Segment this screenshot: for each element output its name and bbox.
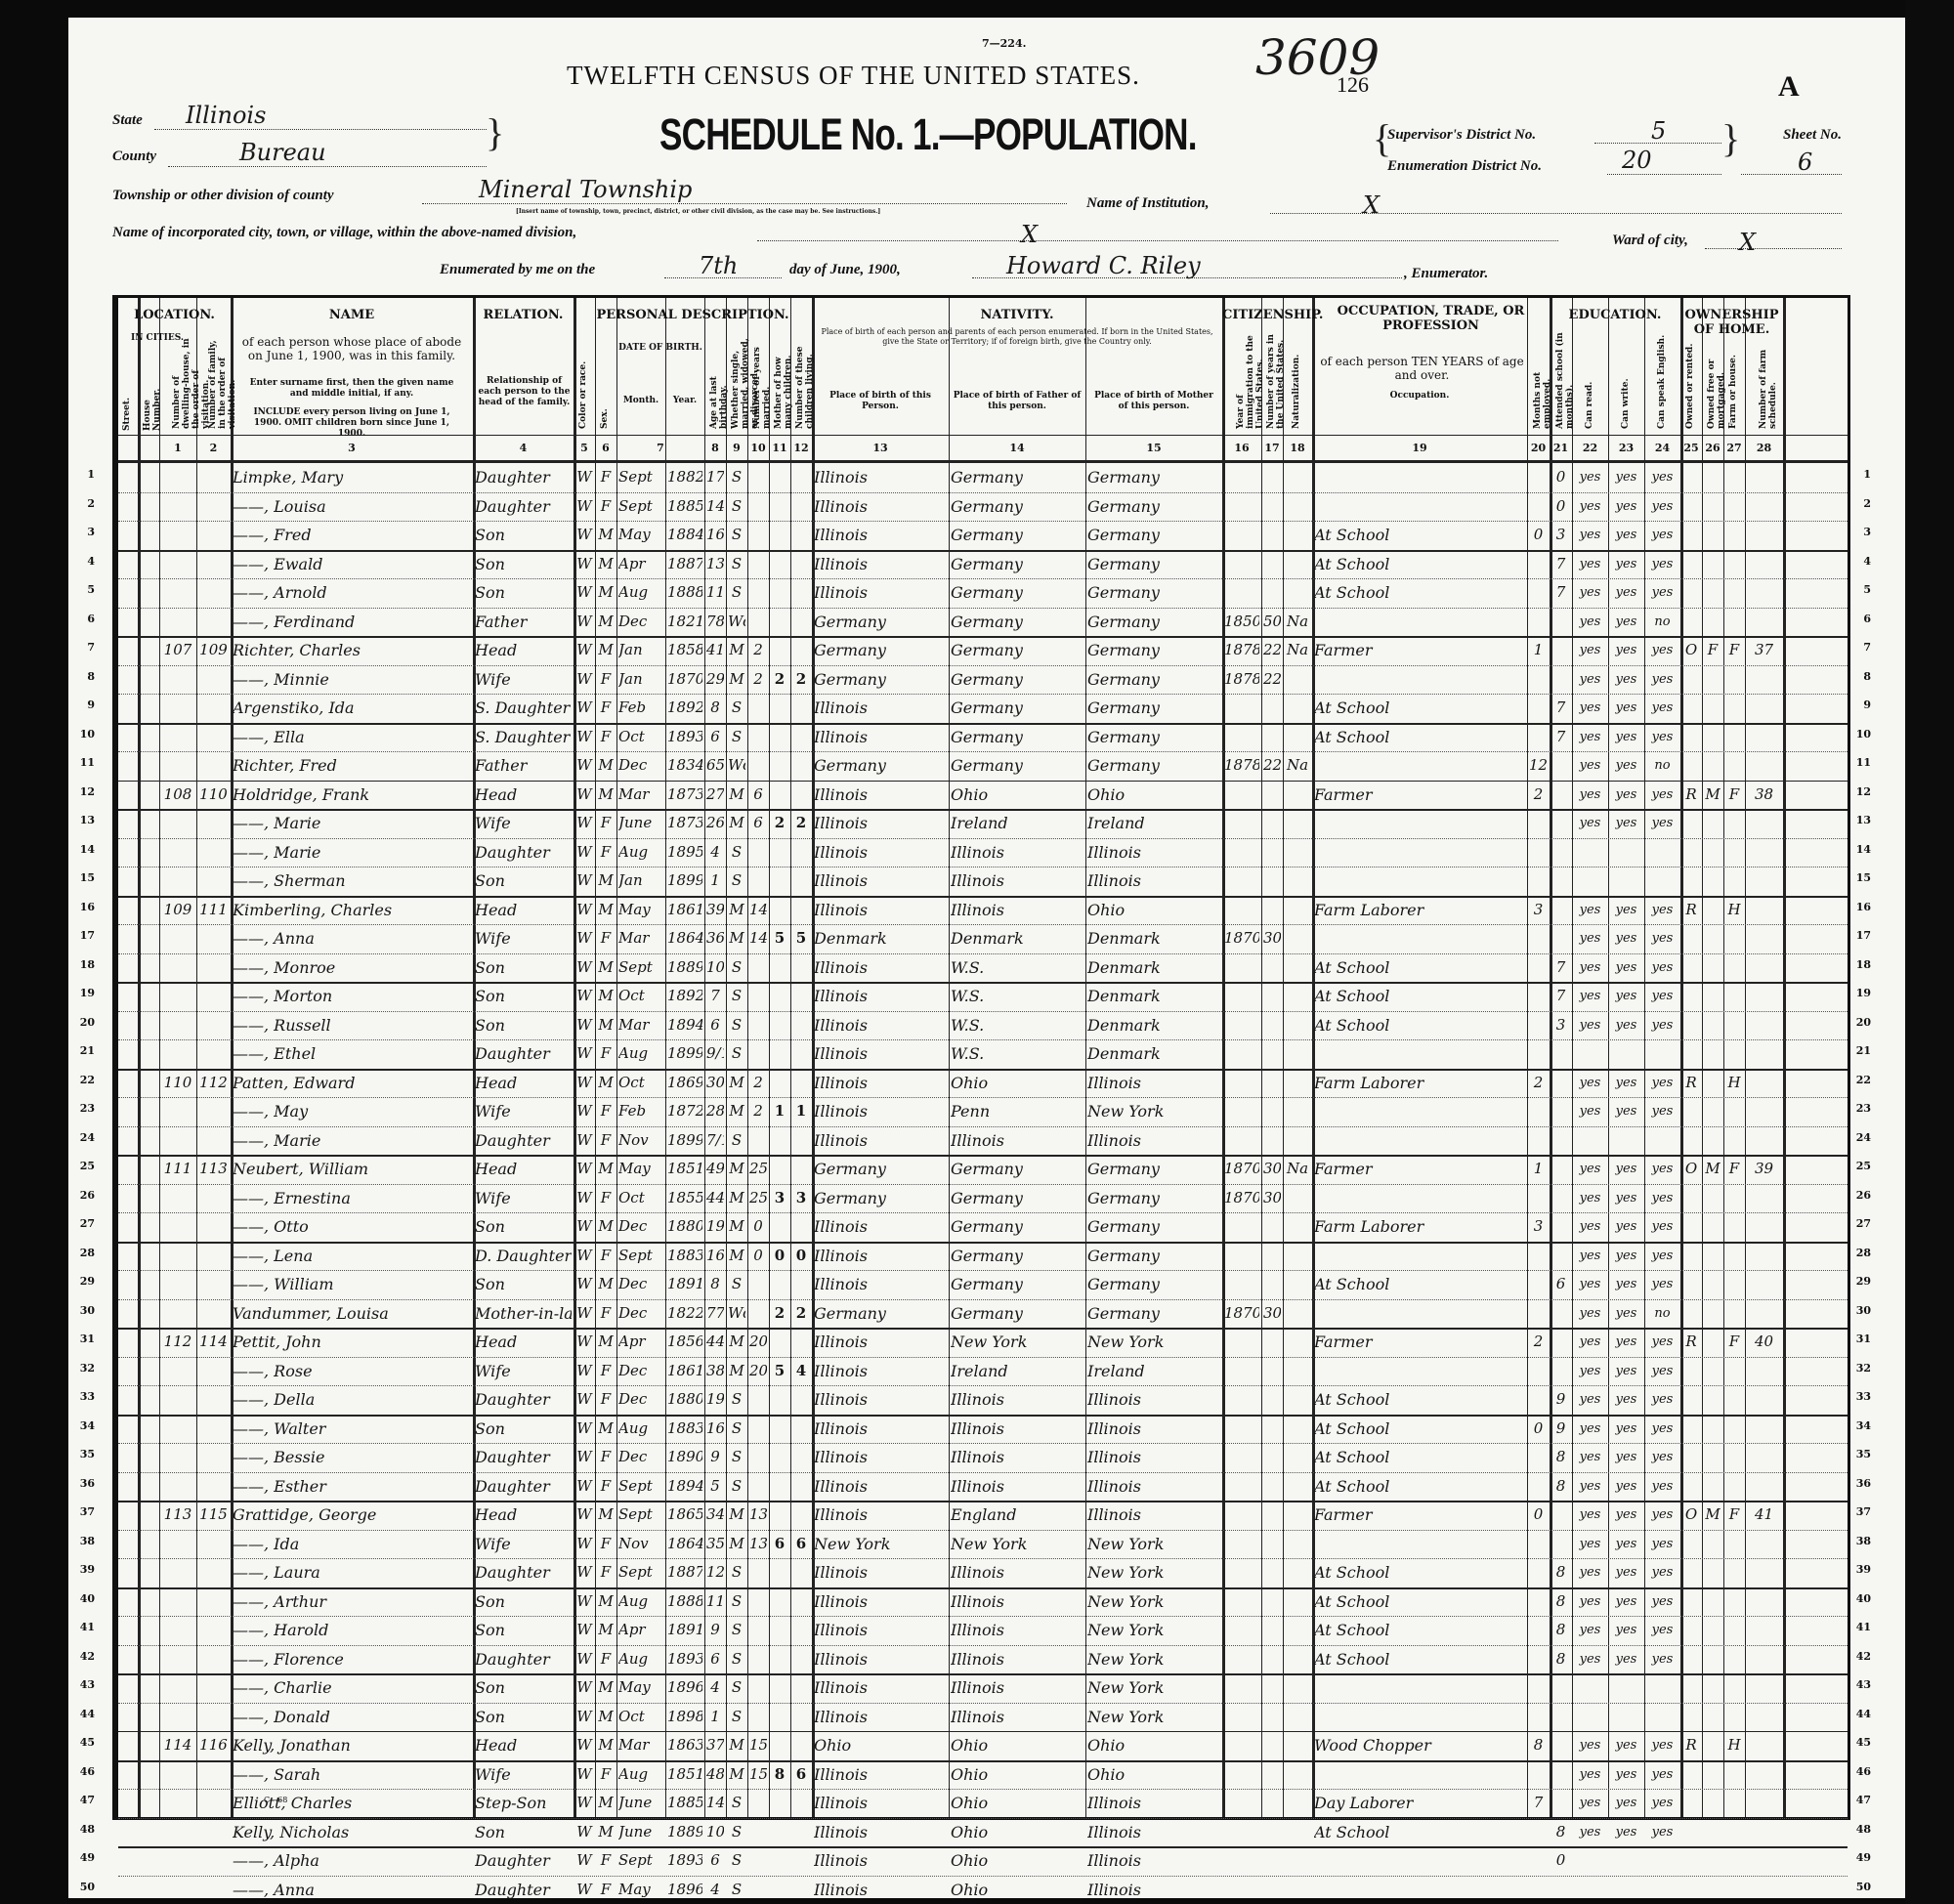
cell-mc (771, 1818, 788, 1846)
cell-rel: Son (475, 1415, 572, 1443)
cell-sex: M (597, 982, 615, 1010)
line-number-left: 16 (73, 901, 95, 913)
cell-dw (161, 608, 194, 636)
column-divider (726, 298, 727, 1817)
line-number-left: 9 (73, 698, 95, 711)
cell-ne (1529, 867, 1548, 895)
line-number-right: 46 (1849, 1765, 1871, 1778)
cell-age: 5 (706, 1472, 724, 1501)
column-divider (704, 298, 705, 1817)
cell-imm (1224, 1328, 1259, 1356)
cell-fm (1704, 1789, 1721, 1817)
line-number-left: 41 (73, 1621, 95, 1633)
township-note: [Insert name of township, town, precinct… (516, 208, 880, 215)
line-number-left: 4 (73, 555, 95, 568)
cell-own (1682, 665, 1700, 694)
cell-age: 6 (706, 1011, 724, 1039)
cell-own (1682, 924, 1700, 952)
cell-occ (1314, 1530, 1525, 1558)
cell-occ: At School (1314, 1415, 1525, 1443)
cell-cl: 5 (792, 924, 810, 952)
cell-fm (1704, 1876, 1721, 1904)
cell-imm (1224, 578, 1259, 607)
cell-pob: Denmark (814, 924, 947, 952)
cell-occ: Farmer (1314, 781, 1525, 809)
line-number-right: 31 (1849, 1333, 1871, 1345)
cell-mc (771, 1846, 788, 1875)
cell-nat (1285, 1616, 1310, 1644)
cell-fam: 115 (198, 1501, 229, 1529)
cell-nat (1285, 896, 1310, 924)
cell-yr: 1869 (667, 1069, 702, 1097)
cell-fs (1747, 1242, 1781, 1270)
cell-fh (1725, 1097, 1743, 1125)
cell-color: W (575, 781, 593, 809)
enumeration-label: Enumeration District No. (1387, 158, 1542, 175)
cell-fpob: W.S. (951, 1011, 1083, 1039)
cell-color: W (575, 694, 593, 722)
cell-wr: yes (1610, 608, 1642, 636)
brace: } (1721, 115, 1740, 161)
cell-dw (161, 1645, 194, 1673)
cell-age: 8 (706, 694, 724, 722)
cell-yr: 1893 (667, 723, 702, 751)
cell-sex: M (597, 1587, 615, 1616)
cell-own (1682, 867, 1700, 895)
cell-sex: F (597, 1184, 615, 1212)
column-number: 21 (1550, 442, 1572, 454)
sheet-line (1741, 174, 1842, 175)
cell-mc (771, 492, 788, 521)
cell-fh (1725, 924, 1743, 952)
cell-fs (1747, 723, 1781, 751)
cell-color: W (575, 1846, 593, 1875)
cell-sch (1551, 1212, 1570, 1241)
cell-fh (1725, 1472, 1743, 1501)
line-number-right: 29 (1849, 1275, 1871, 1288)
cell-rel: Wife (475, 1760, 572, 1789)
cell-nat (1285, 1673, 1310, 1702)
cell-yr: 1883 (667, 1242, 702, 1270)
cell-rel: Daughter (475, 1846, 572, 1875)
cell-rel: Head (475, 1155, 572, 1183)
cell-mpob: Illinois (1087, 1126, 1220, 1155)
cell-fam (198, 1184, 229, 1212)
cell-wr: yes (1610, 665, 1642, 694)
cell-sch: 8 (1551, 1587, 1570, 1616)
cell-fm (1704, 838, 1721, 867)
cell-dw (161, 694, 194, 722)
cell-ym: 2 (749, 665, 767, 694)
cell-sch (1551, 636, 1570, 664)
cell-fm: M (1704, 1155, 1721, 1183)
cell-fpob: Germany (951, 1212, 1083, 1241)
cell-cl (792, 1385, 810, 1414)
cell-wr: yes (1610, 1242, 1642, 1270)
cell-mpob: Germany (1087, 751, 1220, 780)
cell-own (1682, 1242, 1700, 1270)
cell-ym (749, 550, 767, 578)
institution-label: Name of Institution, (1086, 195, 1209, 212)
cell-yrs (1263, 1876, 1281, 1904)
institution-line (1270, 213, 1842, 214)
cell-fh (1725, 1357, 1743, 1385)
cell-fs (1747, 608, 1781, 636)
cell-en: no (1646, 751, 1678, 780)
cell-ne: 1 (1529, 636, 1548, 664)
cell-fm (1704, 982, 1721, 1010)
cell-own (1682, 1097, 1700, 1125)
cell-age: 30 (706, 1069, 724, 1097)
cell-dw (161, 521, 194, 549)
cell-cl (792, 1443, 810, 1471)
cell-en: yes (1646, 1530, 1678, 1558)
cell-en: yes (1646, 781, 1678, 809)
column-number: 14 (949, 442, 1085, 454)
cell-fs (1747, 492, 1781, 521)
cell-rd: yes (1574, 1184, 1606, 1212)
cell-fam (198, 838, 229, 867)
cell-fs (1747, 1558, 1781, 1587)
line-number-left: 13 (73, 814, 95, 826)
cell-imm (1224, 1212, 1259, 1241)
cell-nat (1285, 867, 1310, 895)
column-divider (1608, 298, 1609, 1817)
column-label: Naturalization. (1292, 331, 1301, 429)
line-number-left: 24 (73, 1131, 95, 1144)
cell-fpob: Illinois (951, 1126, 1083, 1155)
cell-yrs (1263, 1760, 1281, 1789)
cell-nat (1285, 809, 1310, 837)
cell-mpob: Germany (1087, 665, 1220, 694)
cell-rel: Son (475, 1703, 572, 1731)
cell-mon: Sept (618, 953, 663, 982)
cell-occ: At School (1314, 1587, 1525, 1616)
cell-mpob: Illinois (1087, 1789, 1220, 1817)
cell-yr: 1896 (667, 1673, 702, 1702)
cell-mon: Aug (618, 838, 663, 867)
cell-dw: 114 (161, 1731, 194, 1759)
cell-cl (792, 1472, 810, 1501)
cell-nat: Na (1285, 608, 1310, 636)
cell-fam (198, 1558, 229, 1587)
cell-en: no (1646, 1299, 1678, 1328)
cell-yrs (1263, 578, 1281, 607)
cell-fs (1747, 1472, 1781, 1501)
cell-yr: 1892 (667, 982, 702, 1010)
cell-ms: M (728, 809, 745, 837)
enumerated-label: Enumerated by me on the (440, 262, 595, 278)
cell-mc (771, 521, 788, 549)
cell-en: yes (1646, 1155, 1678, 1183)
cell-own (1682, 809, 1700, 837)
cell-mon: Mar (618, 1011, 663, 1039)
cell-nat (1285, 1270, 1310, 1298)
cell-imm (1224, 1789, 1259, 1817)
line-number-right: 27 (1849, 1217, 1871, 1230)
cell-wr: yes (1610, 1789, 1642, 1817)
cell-wr: yes (1610, 1212, 1642, 1241)
cell-age: 38 (706, 1357, 724, 1385)
cell-occ (1314, 867, 1525, 895)
cell-pob: Illinois (814, 1126, 947, 1155)
line-number-right: 23 (1849, 1102, 1871, 1115)
cell-nat: Na (1285, 751, 1310, 780)
cell-pob: Illinois (814, 1011, 947, 1039)
cell-occ: At School (1314, 694, 1525, 722)
line-number-right: 35 (1849, 1448, 1871, 1460)
cell-pob: Ohio (814, 1731, 947, 1759)
cell-nat (1285, 1415, 1310, 1443)
cell-ms: S (728, 1703, 745, 1731)
column-divider (196, 298, 197, 1817)
enumeration-line (1607, 174, 1721, 175)
cell-mon: Dec (618, 1357, 663, 1385)
cell-imm (1224, 1501, 1259, 1529)
cell-name: ——, May (233, 1097, 471, 1125)
cell-mpob: New York (1087, 1097, 1220, 1125)
cell-yrs (1263, 1385, 1281, 1414)
cell-mc (771, 1789, 788, 1817)
state-value: Illinois (186, 102, 266, 129)
cell-dw: 108 (161, 781, 194, 809)
cell-mpob: Illinois (1087, 1443, 1220, 1471)
cell-sch: 0 (1551, 492, 1570, 521)
cell-name: Vandummer, Louisa (233, 1299, 471, 1328)
cell-ne: 3 (1529, 896, 1548, 924)
cell-mon: Aug (618, 1760, 663, 1789)
cell-own (1682, 1184, 1700, 1212)
cell-ym: 13 (749, 1501, 767, 1529)
cell-name: ——, Charlie (233, 1673, 471, 1702)
line-number-right: 39 (1849, 1563, 1871, 1576)
cell-ms: M (728, 896, 745, 924)
column-label: Can speak English. (1657, 331, 1667, 429)
cell-age: 39 (706, 896, 724, 924)
cell-mon: Apr (618, 1328, 663, 1356)
cell-sch: 7 (1551, 723, 1570, 751)
cell-ne (1529, 924, 1548, 952)
cell-mon: Dec (618, 1385, 663, 1414)
cell-cl: 2 (792, 809, 810, 837)
cell-cl (792, 1789, 810, 1817)
cell-sch (1551, 1876, 1570, 1904)
cell-pob: Illinois (814, 1587, 947, 1616)
cell-mon: Feb (618, 694, 663, 722)
cell-mc (771, 1328, 788, 1356)
cell-fpob: Illinois (951, 1558, 1083, 1587)
cell-age: 77 (706, 1299, 724, 1328)
cell-ms: S (728, 982, 745, 1010)
cell-fam (198, 1876, 229, 1904)
cell-name: ——, Marie (233, 1126, 471, 1155)
column-label: Attended school (in months). (1555, 331, 1575, 429)
cell-mpob: Germany (1087, 723, 1220, 751)
cell-ym (749, 463, 767, 491)
cell-mc (771, 1270, 788, 1298)
cell-rd (1574, 1673, 1606, 1702)
cell-yr: 1894 (667, 1011, 702, 1039)
line-number-right: 30 (1849, 1304, 1871, 1317)
cell-yrs (1263, 463, 1281, 491)
column-divider (665, 298, 666, 1817)
cell-fam (198, 694, 229, 722)
cell-ym (749, 492, 767, 521)
cell-sex: F (597, 1126, 615, 1155)
cell-name: Grattidge, George (233, 1501, 471, 1529)
cell-mpob: Germany (1087, 1155, 1220, 1183)
cell-yrs (1263, 1846, 1281, 1875)
cell-color: W (575, 1673, 593, 1702)
cell-color: W (575, 1126, 593, 1155)
cell-fpob: Germany (951, 694, 1083, 722)
cell-own (1682, 1587, 1700, 1616)
cell-name: Pettit, John (233, 1328, 471, 1356)
cell-fam (198, 1242, 229, 1270)
cell-sex: M (597, 550, 615, 578)
cell-cl (792, 694, 810, 722)
column-number: 7 (616, 442, 704, 454)
line-number-left: 31 (73, 1333, 95, 1345)
cell-fs (1747, 665, 1781, 694)
cell-mc: 5 (771, 1357, 788, 1385)
cell-own: O (1682, 636, 1700, 664)
cell-wr: yes (1610, 1731, 1642, 1759)
brace: } (486, 109, 504, 155)
cell-en: yes (1646, 1587, 1678, 1616)
cell-fh (1725, 1645, 1743, 1673)
cell-wr: yes (1610, 1385, 1642, 1414)
cell-dw (161, 1184, 194, 1212)
cell-mc (771, 1587, 788, 1616)
cell-age: 12 (706, 1558, 724, 1587)
cell-ym (749, 1616, 767, 1644)
cell-sch: 7 (1551, 982, 1570, 1010)
cell-imm (1224, 1011, 1259, 1039)
cell-mon: Aug (618, 1415, 663, 1443)
cell-occ: Farmer (1314, 1328, 1525, 1356)
cell-fh (1725, 1126, 1743, 1155)
cell-en: yes (1646, 1212, 1678, 1241)
cell-yrs (1263, 723, 1281, 751)
cell-cl (792, 608, 810, 636)
cell-occ: At School (1314, 1385, 1525, 1414)
cell-yrs (1263, 1270, 1281, 1298)
line-number-left: 19 (73, 987, 95, 999)
cell-mpob: Germany (1087, 550, 1220, 578)
cell-cl (792, 1587, 810, 1616)
column-number: 3 (231, 442, 473, 454)
cell-sex: M (597, 1011, 615, 1039)
cell-dw (161, 751, 194, 780)
cell-pob: Illinois (814, 578, 947, 607)
cell-rd: yes (1574, 1155, 1606, 1183)
cell-rd: yes (1574, 578, 1606, 607)
cell-fs (1747, 1126, 1781, 1155)
cell-dw (161, 492, 194, 521)
cell-dw: 107 (161, 636, 194, 664)
cell-color: W (575, 1011, 593, 1039)
cell-yrs (1263, 1443, 1281, 1471)
cell-wr: yes (1610, 1328, 1642, 1356)
cell-own (1682, 608, 1700, 636)
cell-fam (198, 1530, 229, 1558)
cell-rd: yes (1574, 1328, 1606, 1356)
cell-mc: 2 (771, 1299, 788, 1328)
cell-imm (1224, 1530, 1259, 1558)
cell-fh (1725, 1789, 1743, 1817)
cell-mpob: Germany (1087, 1299, 1220, 1328)
cell-mon: Mar (618, 781, 663, 809)
column-label: Year. (668, 396, 701, 406)
cell-sch (1551, 838, 1570, 867)
cell-age: 11 (706, 578, 724, 607)
cell-ym (749, 1558, 767, 1587)
cell-name: ——, Otto (233, 1212, 471, 1241)
enumerated-suffix: day of June, 1900, (789, 262, 901, 278)
cell-yrs (1263, 809, 1281, 837)
cell-name: ——, Ethel (233, 1039, 471, 1068)
column-number: 23 (1608, 442, 1644, 454)
cell-fs: 37 (1747, 636, 1781, 664)
cell-age: 16 (706, 1415, 724, 1443)
cell-fam (198, 1357, 229, 1385)
cell-age: 19 (706, 1212, 724, 1241)
line-number-right: 15 (1849, 871, 1871, 884)
cell-ym (749, 1703, 767, 1731)
cell-fh: F (1725, 1155, 1743, 1183)
cell-ms: S (728, 1415, 745, 1443)
cell-fpob: Germany (951, 550, 1083, 578)
line-number-right: 42 (1849, 1650, 1871, 1663)
cell-fh (1725, 1760, 1743, 1789)
cell-ym: 6 (749, 809, 767, 837)
cell-pob: Illinois (814, 1846, 947, 1875)
cell-sch: 3 (1551, 521, 1570, 549)
line-number-left: 40 (73, 1592, 95, 1605)
cell-age: 4 (706, 1673, 724, 1702)
cell-rd: yes (1574, 694, 1606, 722)
cell-en: yes (1646, 1270, 1678, 1298)
cell-mc (771, 1673, 788, 1702)
cell-fm (1704, 1558, 1721, 1587)
cell-own (1682, 1818, 1700, 1846)
cell-cl (792, 1270, 810, 1298)
cell-occ (1314, 838, 1525, 867)
cell-nat (1285, 924, 1310, 952)
cell-cl (792, 1876, 810, 1904)
line-number-right: 47 (1849, 1794, 1871, 1806)
cell-mon: Aug (618, 1645, 663, 1673)
cell-ms: S (728, 463, 745, 491)
cell-yrs (1263, 838, 1281, 867)
cell-mpob: New York (1087, 1587, 1220, 1616)
cell-yrs (1263, 1673, 1281, 1702)
column-number: 18 (1283, 442, 1312, 454)
cell-fh: F (1725, 636, 1743, 664)
cell-rel: Son (475, 953, 572, 982)
cell-wr: yes (1610, 1069, 1642, 1097)
cell-en: yes (1646, 521, 1678, 549)
line-number-left: 36 (73, 1477, 95, 1490)
cell-mc: 0 (771, 1242, 788, 1270)
line-number-right: 44 (1849, 1708, 1871, 1720)
column-divider (1702, 298, 1703, 1817)
cell-fam (198, 1299, 229, 1328)
cell-fam (198, 1270, 229, 1298)
cell-color: W (575, 550, 593, 578)
column-label: Street. (122, 366, 132, 431)
